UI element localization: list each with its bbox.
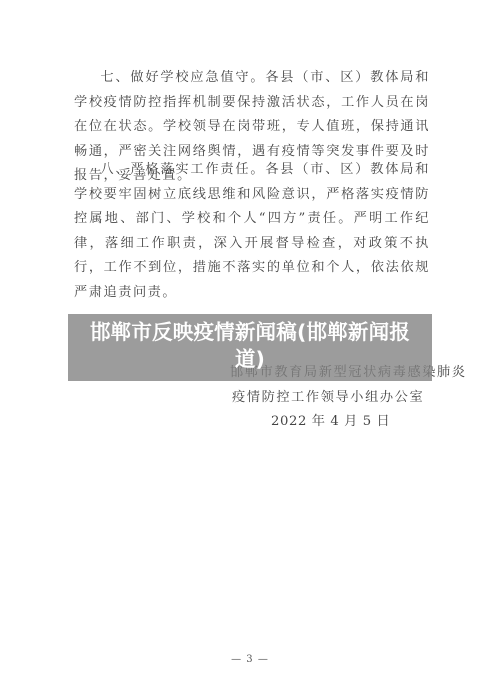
page-number: — 3 — — [0, 654, 500, 665]
overlay-title: 邯郸市反映疫情新闻稿(邯郸新闻报道) — [75, 319, 425, 373]
paragraph-section-8: 八、严格落实工作责任。各县（市、区）教体局和学校要牢固树立底线思维和风险意识，严… — [74, 158, 430, 305]
title-overlay-banner: 邯郸市反映疫情新闻稿(邯郸新闻报道) — [68, 314, 432, 381]
signature-date: 2022 年 4 月 5 日 — [271, 410, 471, 429]
document-page: 七、做好学校应急值守。各县（市、区）教体局和学校疫情防控指挥机制要保持激活状态，… — [0, 0, 500, 698]
signature-issuer-line2: 疫情防控工作领导小组办公室 — [232, 386, 472, 405]
